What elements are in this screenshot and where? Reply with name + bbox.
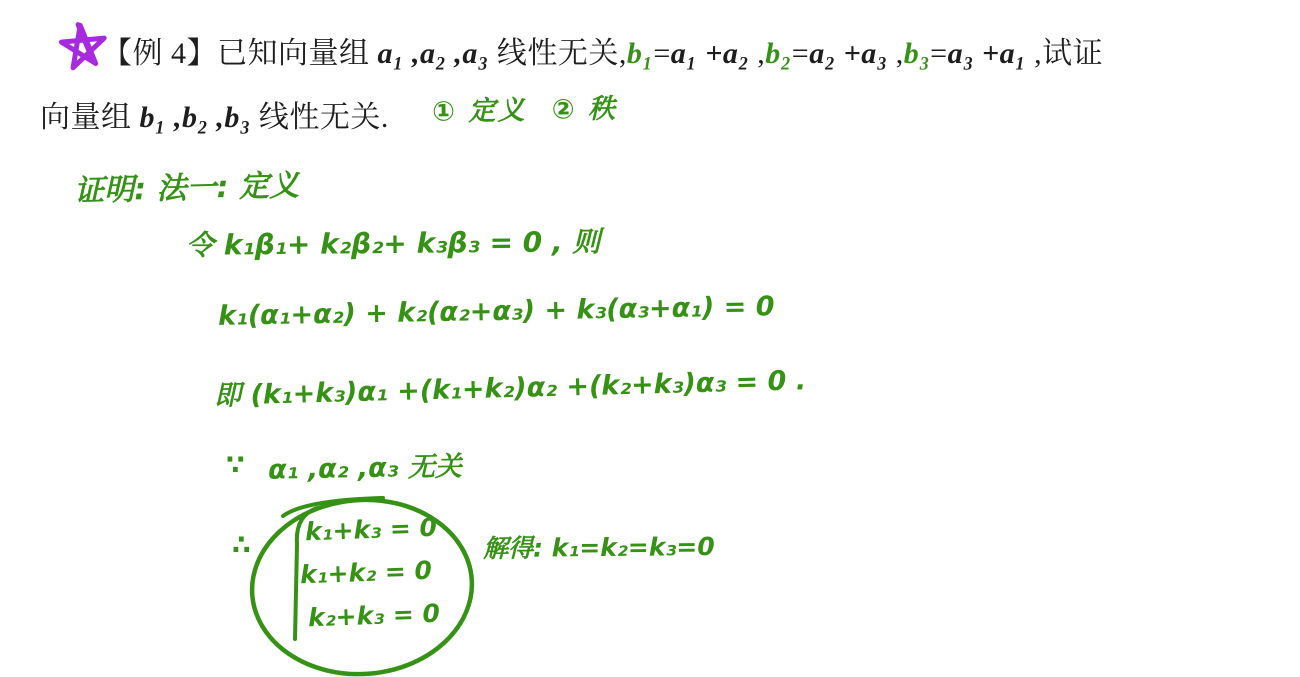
vector-a-list: a₁ ,a₂ ,a₃ [378, 37, 489, 70]
comma-2: , [888, 37, 904, 70]
method-annotation: ① 定义 ② 秩 [432, 86, 618, 128]
text-vector-group: 向量组 [40, 101, 140, 134]
because-statement: α₁ ,α₂ ,α₃ 无关 [268, 444, 462, 486]
sum-a1-a2: a₁ +a₂ [671, 37, 750, 70]
system-equation-2: k₁+k₂ = 0 [300, 556, 433, 590]
example-tag: 【例 4】 [102, 37, 217, 70]
system-equation-1: k₁+k₃ = 0 [305, 513, 438, 547]
regrouped-equation: 即 (k₁+k₃)α₁ +(k₁+k₂)α₂ +(k₂+k₃)α₃ = 0 . [214, 358, 807, 412]
problem-line-1: 【例 4】已知向量组 a₁ ,a₂ ,a₃ 线性无关,b₁=a₁ +a₂ ,b₂… [102, 28, 1103, 72]
vector-b1-traced: b₁ [627, 37, 653, 70]
comma-1: , [749, 37, 765, 70]
vector-b3-traced: b₃ [904, 37, 930, 70]
text-independent-2: 线性无关. [251, 101, 389, 134]
text-prove: ,试证 [1026, 37, 1103, 70]
proof-heading: 证明: 法一: 定义 [73, 160, 299, 210]
solution-line: 解得: k₁=k₂=k₃=0 [483, 527, 715, 565]
vector-b2-traced: b₂ [765, 37, 791, 70]
let-equation: 令 k₁β₁+ k₂β₂+ k₃β₃ = 0 , 则 [186, 220, 601, 264]
method-definition: ① 定义 [432, 95, 527, 128]
text-given: 已知向量组 [217, 37, 378, 70]
system-equation-3: k₂+k₃ = 0 [308, 599, 441, 633]
text-independent: 线性无关, [489, 37, 627, 70]
method-rank: ② 秩 [551, 93, 617, 125]
equals-2: = [792, 37, 809, 70]
equals-1: = [653, 37, 670, 70]
sum-a2-a3: a₂ +a₃ [809, 37, 888, 70]
expanded-equation: k₁(α₁+α₂) + k₂(α₂+α₃) + k₃(α₃+α₁) = 0 [218, 291, 775, 332]
problem-line-2: 向量组 b₁ ,b₂ ,b₃ 线性无关. [40, 92, 389, 136]
sum-a3-a1: a₃ +a₁ [948, 37, 1027, 70]
equals-3: = [930, 37, 947, 70]
vector-b-list: b₁ ,b₂ ,b₃ [140, 101, 251, 134]
lecture-page: 【例 4】已知向量组 a₁ ,a₂ ,a₃ 线性无关,b₁=a₁ +a₂ ,b₂… [0, 0, 1300, 677]
because-sign: ∵ [226, 450, 245, 481]
